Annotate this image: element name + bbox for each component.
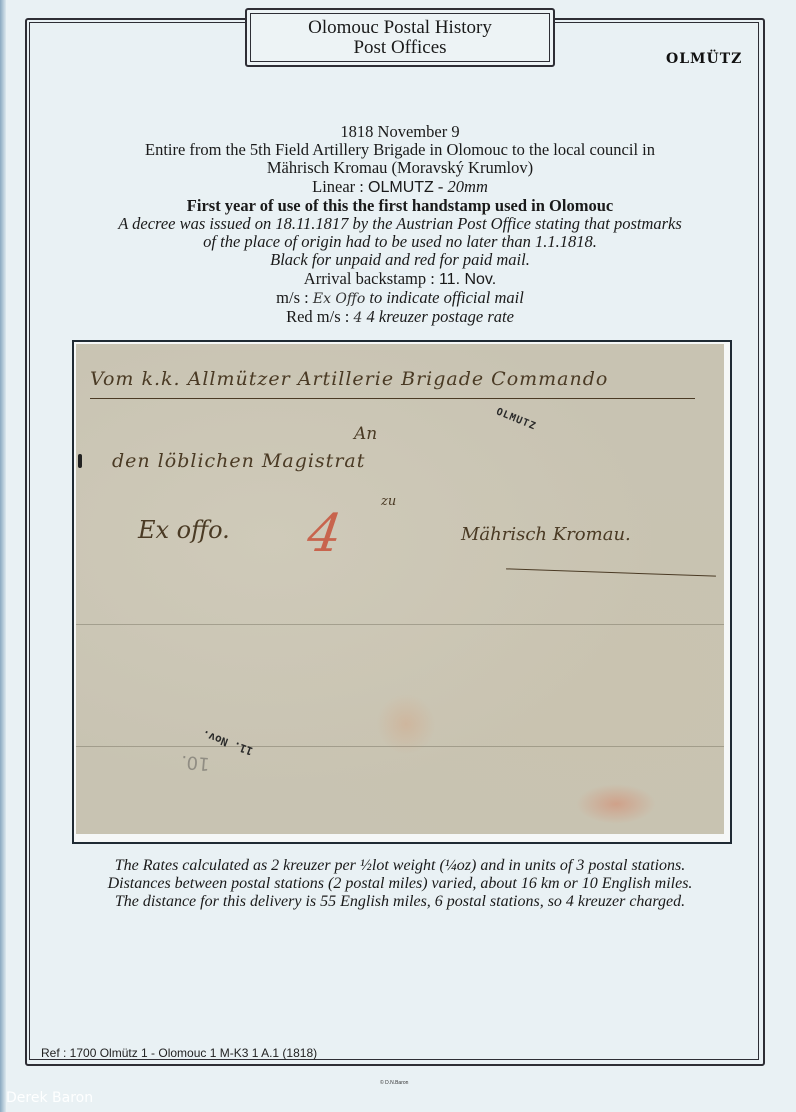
page-edge	[0, 0, 6, 1112]
red-rate-mark: 4	[304, 504, 346, 564]
ms-line: m/s : Ex Offo to indicate official mail	[50, 289, 750, 308]
destination-flourish	[506, 568, 716, 576]
arrival-backstamp-ghost: 10.	[180, 751, 210, 774]
sender-underline	[90, 398, 695, 399]
address-zu: zu	[381, 494, 396, 509]
ink-blot	[78, 454, 82, 468]
color-rule: Black for unpaid and red for paid mail.	[50, 251, 750, 269]
rate-note-line2: Distances between postal stations (2 pos…	[50, 875, 750, 893]
page-subtitle: Post Offices	[353, 38, 446, 58]
arrival-label: Arrival backstamp :	[304, 269, 439, 288]
cover-description: 1818 November 9 Entire from the 5th Fiel…	[50, 123, 750, 327]
addressee-handwriting: den löblichen Magistrat	[112, 450, 365, 472]
linear-label: Linear :	[312, 177, 368, 196]
title-box: Olomouc Postal History Post Offices	[245, 8, 555, 67]
decree-line2: of the place of origin had to be used no…	[50, 233, 750, 251]
cover-image: Vom k.k. Allmützer Artillerie Brigade Co…	[76, 344, 724, 834]
cover-route-line1: Entire from the 5th Field Artillery Brig…	[50, 141, 750, 159]
destination-handwriting: Mährisch Kromau.	[461, 524, 631, 545]
linear-postmark-line: Linear : OLMUTZ - 20mm	[50, 178, 750, 197]
red-smudge	[576, 784, 656, 824]
ms-label: m/s :	[276, 288, 313, 307]
linear-value: OLMUTZ	[368, 179, 434, 196]
headline: First year of use of this the first hand…	[50, 197, 750, 215]
arrival-value: 11. Nov.	[439, 271, 496, 288]
arrival-line: Arrival backstamp : 11. Nov.	[50, 270, 750, 289]
page-title: Olomouc Postal History	[308, 18, 492, 38]
address-an: An	[354, 424, 377, 444]
fold-line	[76, 624, 724, 625]
rate-notes: The Rates calculated as 2 kreuzer per ½l…	[50, 857, 750, 911]
catalog-reference: Ref : 1700 Olmütz 1 - Olomouc 1 M-K3 1 A…	[41, 1046, 317, 1060]
watermark: Derek Baron	[6, 1090, 93, 1106]
decree-line1: A decree was issued on 18.11.1817 by the…	[50, 215, 750, 233]
red-ms-label: Red m/s :	[286, 307, 353, 326]
red-ms-line: Red m/s : 4 4 kreuzer postage rate	[50, 308, 750, 327]
ms-text: to indicate official mail	[365, 288, 524, 307]
ex-offo-handwriting: Ex offo.	[138, 516, 230, 544]
rate-note-line1: The Rates calculated as 2 kreuzer per ½l…	[50, 857, 750, 875]
postmark-example: OLMÜTZ	[666, 51, 742, 67]
olmutz-postmark: OLMUTZ	[494, 407, 537, 433]
red-ms-text: 4 kreuzer postage rate	[362, 307, 514, 326]
rate-note-line3: The distance for this delivery is 55 Eng…	[50, 893, 750, 911]
copyright: © D.N.Baron	[380, 1080, 408, 1086]
cover-route-line2: Mährisch Kromau (Moravský Krumlov)	[50, 159, 750, 177]
red-smudge	[376, 694, 436, 754]
linear-size: - 20mm	[434, 177, 488, 196]
cover-date: 1818 November 9	[50, 123, 750, 141]
ms-script: Ex Offo	[313, 291, 365, 307]
sender-handwriting: Vom k.k. Allmützer Artillerie Brigade Co…	[90, 368, 608, 390]
